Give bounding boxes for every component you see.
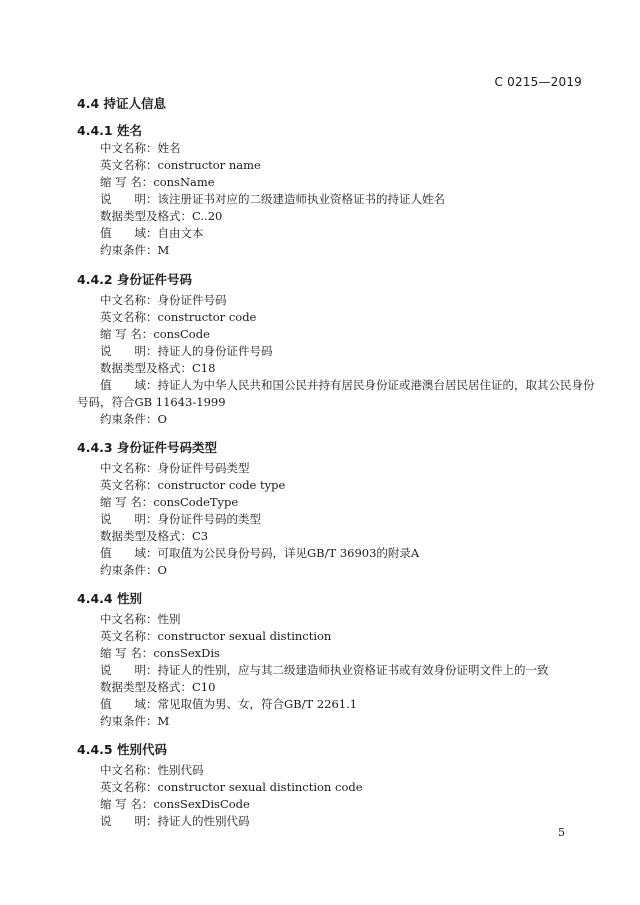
field-en-name: 英文名称：constructor sexual distinction (100, 628, 331, 644)
subsection-heading-4-4-1: 4.4.1 姓名 (77, 121, 142, 139)
field-desc: 说 明：持证人的性别代码 (100, 813, 250, 829)
field-constraint: 约束条件：O (100, 562, 167, 578)
field-cn-name: 中文名称：姓名 (100, 140, 181, 156)
field-en-name: 英文名称：constructor sexual distinction code (100, 779, 363, 795)
field-dtype: 数据类型及格式：C10 (100, 679, 215, 695)
field-abbr: 缩 写 名：consName (100, 174, 215, 190)
field-abbr: 缩 写 名：consSexDisCode (100, 796, 250, 812)
field-cn-name: 中文名称：性别 (100, 611, 181, 627)
subsection-heading-4-4-3: 4.4.3 身份证件号码类型 (77, 438, 217, 456)
field-en-name: 英文名称：constructor name (100, 157, 261, 173)
field-range: 值 域：常见取值为男、女，符合GB/T 2261.1 (100, 696, 357, 712)
field-desc: 说 明：该注册证书对应的二级建造师执业资格证书的持证人姓名 (100, 191, 445, 207)
field-cn-name: 中文名称：性别代码 (100, 762, 204, 778)
field-constraint: 约束条件：M (100, 242, 169, 258)
document-code: C 0215—2019 (495, 75, 582, 89)
field-range-continuation: 号码，符合GB 11643-1999 (77, 394, 226, 410)
field-dtype: 数据类型及格式：C..20 (100, 208, 222, 224)
field-cn-name: 中文名称：身份证件号码类型 (100, 460, 250, 476)
field-desc: 说 明：持证人的性别，应与其二级建造师执业资格证书或有效身份证明文件上的一致 (100, 662, 549, 678)
section-heading: 4.4 持证人信息 (77, 94, 166, 112)
field-dtype: 数据类型及格式：C18 (100, 360, 215, 376)
field-abbr: 缩 写 名：consSexDis (100, 645, 220, 661)
field-range: 值 域：可取值为公民身份号码，详见GB/T 36903的附录A (100, 545, 419, 561)
field-dtype: 数据类型及格式：C3 (100, 528, 208, 544)
field-range: 值 域：持证人为中华人民共和国公民并持有居民身份证或港澳台居民居住证的，取其公民… (100, 377, 595, 393)
field-range: 值 域：自由文本 (100, 225, 204, 241)
subsection-heading-4-4-4: 4.4.4 性别 (77, 589, 142, 607)
field-abbr: 缩 写 名：consCodeType (100, 494, 238, 510)
field-abbr: 缩 写 名：consCode (100, 326, 210, 342)
field-desc: 说 明：持证人的身份证件号码 (100, 343, 273, 359)
field-en-name: 英文名称：constructor code type (100, 477, 285, 493)
field-cn-name: 中文名称：身份证件号码 (100, 292, 227, 308)
subsection-heading-4-4-5: 4.4.5 性别代码 (77, 740, 167, 758)
field-desc: 说 明：身份证件号码的类型 (100, 511, 261, 527)
page-number: 5 (558, 826, 565, 839)
subsection-heading-4-4-2: 4.4.2 身份证件号码 (77, 270, 192, 288)
field-constraint: 约束条件：O (100, 411, 167, 427)
field-constraint: 约束条件：M (100, 713, 169, 729)
field-en-name: 英文名称：constructor code (100, 309, 256, 325)
